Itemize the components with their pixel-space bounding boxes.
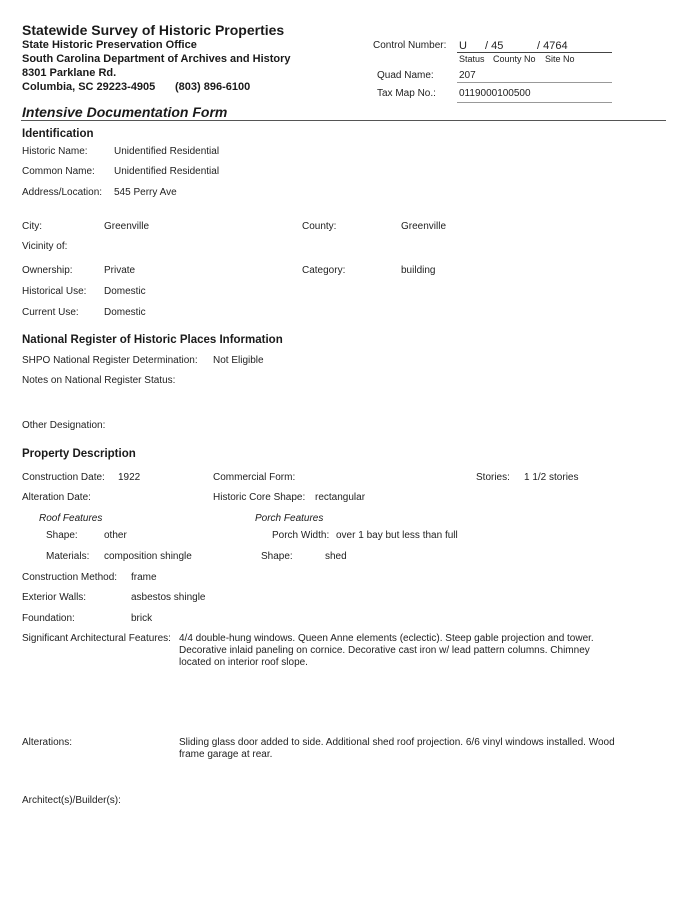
- tax-map-value: 0119000100500: [459, 88, 531, 99]
- alterations-value: Sliding glass door added to side. Additi…: [179, 737, 619, 761]
- construction-method-value: frame: [131, 572, 157, 583]
- stories-value: 1 1/2 stories: [524, 472, 578, 483]
- county-value: Greenville: [401, 221, 446, 232]
- roof-features-heading: Roof Features: [39, 513, 102, 524]
- shpo-determination-value: Not Eligible: [213, 355, 264, 366]
- current-use-label: Current Use:: [22, 307, 79, 318]
- county-label: County:: [302, 221, 336, 232]
- phone-number: (803) 896-6100: [175, 81, 250, 93]
- roof-shape-value: other: [104, 530, 127, 541]
- office-name: State Historic Preservation Office: [22, 39, 197, 51]
- control-county-no: / 45: [485, 40, 503, 52]
- architectural-features-label: Significant Architectural Features:: [22, 633, 171, 644]
- porch-width-label: Porch Width:: [272, 530, 329, 541]
- historical-use-label: Historical Use:: [22, 286, 86, 297]
- nr-notes-label: Notes on National Register Status:: [22, 375, 175, 386]
- historic-name-label: Historic Name:: [22, 146, 88, 157]
- street-address: 8301 Parklane Rd.: [22, 67, 116, 79]
- address-label: Address/Location:: [22, 187, 102, 198]
- control-status: U: [459, 40, 467, 52]
- architect-builder-label: Architect(s)/Builder(s):: [22, 795, 121, 806]
- foundation-label: Foundation:: [22, 613, 75, 624]
- identification-heading: Identification: [22, 128, 94, 140]
- category-label: Category:: [302, 265, 345, 276]
- status-caption: Status: [459, 54, 485, 64]
- porch-shape-label: Shape:: [261, 551, 293, 562]
- control-site-no: / 4764: [537, 40, 568, 52]
- quad-name-underline: [457, 82, 612, 83]
- city-value: Greenville: [104, 221, 149, 232]
- tax-map-label: Tax Map No.:: [377, 88, 436, 99]
- common-name-value: Unidentified Residential: [114, 166, 219, 177]
- city-label: City:: [22, 221, 42, 232]
- roof-shape-label: Shape:: [46, 530, 78, 541]
- historic-name-value: Unidentified Residential: [114, 146, 219, 157]
- roof-materials-value: composition shingle: [104, 551, 192, 562]
- control-number-underline: [457, 52, 612, 53]
- other-designation-label: Other Designation:: [22, 420, 105, 431]
- alteration-date-label: Alteration Date:: [22, 492, 91, 503]
- construction-method-label: Construction Method:: [22, 572, 117, 583]
- department-name: South Carolina Department of Archives an…: [22, 53, 291, 65]
- foundation-value: brick: [131, 613, 152, 624]
- exterior-walls-label: Exterior Walls:: [22, 592, 86, 603]
- survey-title: Statewide Survey of Historic Properties: [22, 22, 284, 38]
- current-use-value: Domestic: [104, 307, 146, 318]
- ownership-value: Private: [104, 265, 135, 276]
- vicinity-label: Vicinity of:: [22, 241, 67, 252]
- porch-width-value: over 1 bay but less than full: [336, 530, 458, 541]
- form-title: Intensive Documentation Form: [22, 104, 227, 120]
- commercial-form-label: Commercial Form:: [213, 472, 295, 483]
- quad-name-value: 207: [459, 70, 476, 81]
- core-shape-label: Historic Core Shape:: [213, 492, 305, 503]
- exterior-walls-value: asbestos shingle: [131, 592, 206, 603]
- common-name-label: Common Name:: [22, 166, 95, 177]
- roof-materials-label: Materials:: [46, 551, 89, 562]
- site-no-caption: Site No: [545, 54, 575, 64]
- ownership-label: Ownership:: [22, 265, 73, 276]
- construction-date-value: 1922: [118, 472, 140, 483]
- shpo-determination-label: SHPO National Register Determination:: [22, 355, 198, 366]
- city-zip: Columbia, SC 29223-4905: [22, 81, 155, 93]
- porch-shape-value: shed: [325, 551, 347, 562]
- core-shape-value: rectangular: [315, 492, 365, 503]
- form-title-rule: [21, 120, 666, 121]
- construction-date-label: Construction Date:: [22, 472, 105, 483]
- tax-map-underline: [457, 102, 612, 103]
- national-register-heading: National Register of Historic Places Inf…: [22, 334, 283, 346]
- address-value: 545 Perry Ave: [114, 187, 177, 198]
- porch-features-heading: Porch Features: [255, 513, 323, 524]
- control-number-label: Control Number:: [373, 40, 446, 51]
- historical-use-value: Domestic: [104, 286, 146, 297]
- property-description-heading: Property Description: [22, 448, 136, 460]
- architectural-features-value: 4/4 double-hung windows. Queen Anne elem…: [179, 633, 619, 669]
- stories-label: Stories:: [476, 472, 510, 483]
- category-value: building: [401, 265, 435, 276]
- quad-name-label: Quad Name:: [377, 70, 434, 81]
- county-no-caption: County No: [493, 54, 536, 64]
- alterations-label: Alterations:: [22, 737, 72, 748]
